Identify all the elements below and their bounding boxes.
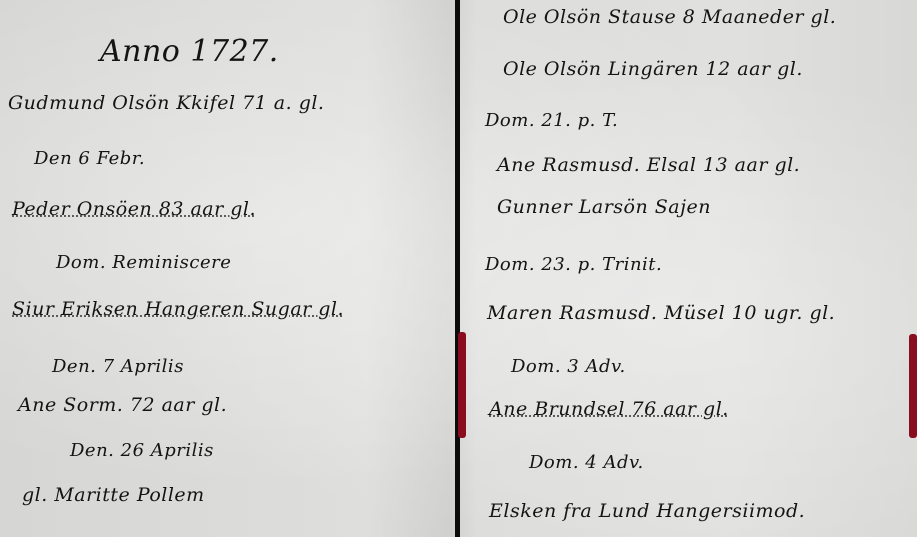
- register-spread: Anno 1727. Gudmund Olsön Kkifel 71 a. gl…: [0, 0, 917, 537]
- burial-entry: Gunner Larsön Sajen: [497, 196, 711, 218]
- date-line: Den. 7 Aprilis: [52, 356, 184, 377]
- right-page: Ole Olsön Stause 8 Maaneder gl. Ole Olsö…: [461, 0, 917, 537]
- year-heading: Anno 1727.: [100, 34, 279, 69]
- burial-entry: Ole Olsön Stause 8 Maaneder gl.: [503, 6, 836, 28]
- burial-entry: gl. Maritte Pollem: [22, 484, 205, 506]
- burial-entry: Ane Sorm. 72 aar gl.: [18, 394, 227, 416]
- burial-entry: Maren Rasmusd. Müsel 10 ugr. gl.: [487, 302, 835, 324]
- burial-entry: Elsken fra Lund Hangersiimod.: [489, 500, 805, 522]
- book-gutter: [455, 0, 460, 537]
- left-selection-marker[interactable]: [458, 332, 466, 438]
- burial-entry: Siur Eriksen Hangeren Sugar gl.: [12, 298, 344, 320]
- burial-entry: Peder Onsöen 83 aar gl.: [12, 198, 256, 220]
- burial-entry: Gudmund Olsön Kkifel 71 a. gl.: [8, 92, 324, 114]
- date-line: Den. 26 Aprilis: [70, 440, 214, 461]
- sunday-line: Dom. 4 Adv.: [529, 452, 644, 473]
- sunday-line: Dom. 23. p. Trinit.: [485, 254, 662, 275]
- burial-entry: Ole Olsön Lingären 12 aar gl.: [503, 58, 803, 80]
- burial-entry: Ane Brundsel 76 aar gl.: [489, 398, 729, 420]
- sunday-line: Dom. 3 Adv.: [511, 356, 626, 377]
- left-page: Anno 1727. Gudmund Olsön Kkifel 71 a. gl…: [0, 0, 455, 537]
- sunday-line: Dom. Reminiscere: [56, 252, 231, 273]
- right-selection-marker[interactable]: [909, 334, 917, 438]
- sunday-line: Dom. 21. p. T.: [485, 110, 618, 131]
- date-line: Den 6 Febr.: [34, 148, 145, 169]
- burial-entry: Ane Rasmusd. Elsal 13 aar gl.: [497, 154, 800, 176]
